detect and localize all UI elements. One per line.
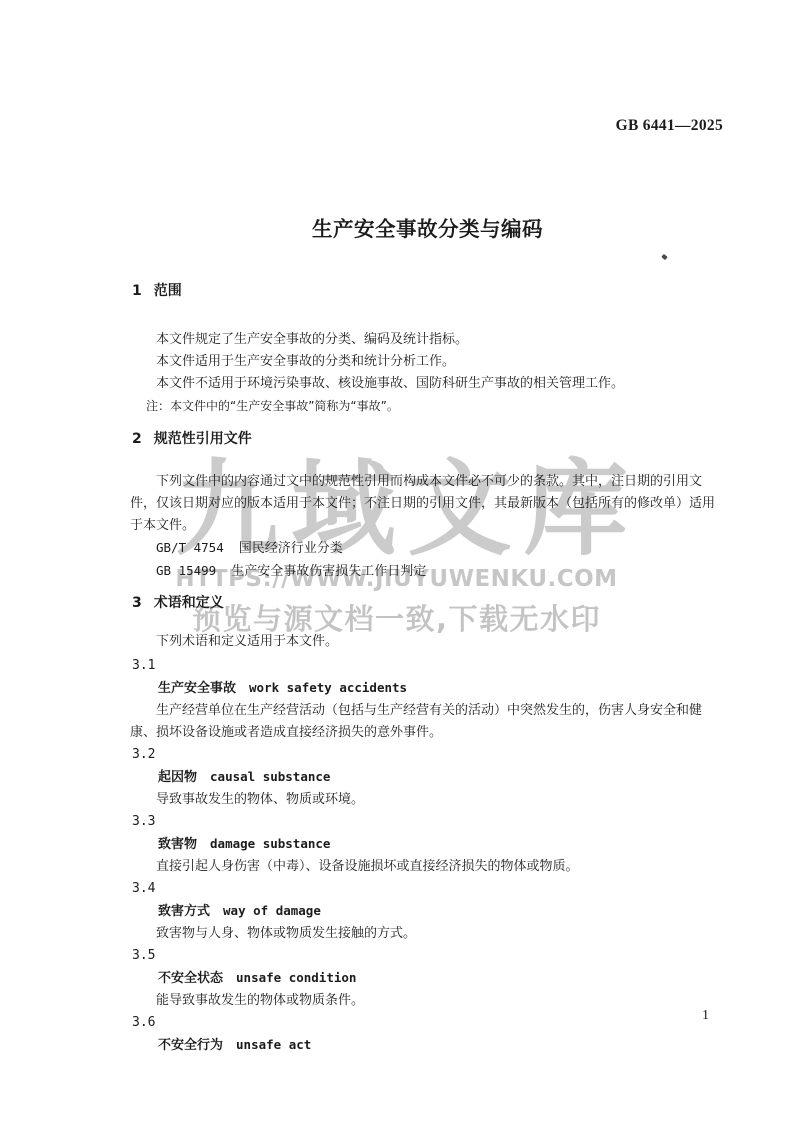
section-heading: 1范围 xyxy=(132,281,726,301)
section-number: 2 xyxy=(132,431,142,447)
term-id: 3.5 xyxy=(132,945,726,967)
term-entry: 3.2 起因物causal substance 导致事故发生的物体、物质或环境。 xyxy=(130,744,726,811)
term-id: 3.6 xyxy=(132,1012,726,1034)
reference-code: GB 15499 xyxy=(156,563,216,578)
term-en: unsafe condition xyxy=(236,970,356,985)
term-zh: 致害方式 xyxy=(158,904,210,919)
term-definition: 致害物与人身、物体或物质发生接触的方式。 xyxy=(130,923,726,945)
paragraph: 下列文件中的内容通过文中的规范性引用而构成本文件必不可少的条款。其中，注日期的引… xyxy=(130,471,726,537)
section-terms-definitions: 3术语和定义 下列术语和定义适用于本文件。 3.1 生产安全事故work saf… xyxy=(130,593,726,1057)
term-name: 起因物causal substance xyxy=(130,766,726,789)
page-number: 1 xyxy=(702,1008,709,1024)
section-normative-references: 2规范性引用文件 下列文件中的内容通过文中的规范性引用而构成本文件必不可少的条款… xyxy=(130,429,726,583)
terms-list: 3.1 生产安全事故work safety accidents 生产经营单位在生… xyxy=(130,655,726,1057)
term-en: unsafe act xyxy=(236,1037,311,1052)
term-name: 不安全行为unsafe act xyxy=(130,1034,726,1057)
term-id: 3.4 xyxy=(132,878,726,900)
document-page: 九域文库 HTTPS://WWW.JIUYUWENKU.COM 预览与源文档一致… xyxy=(0,0,793,1122)
reference-code: GB/T 4754 xyxy=(156,540,224,555)
term-id: 3.2 xyxy=(132,744,726,766)
term-entry: 3.5 不安全状态unsafe condition 能导致事故发生的物体或物质条… xyxy=(130,945,726,1012)
term-name: 不安全状态unsafe condition xyxy=(130,967,726,990)
ink-speck xyxy=(661,254,667,260)
term-zh: 生产安全事故 xyxy=(158,681,236,696)
term-definition: 导致事故发生的物体、物质或环境。 xyxy=(130,789,726,811)
doc-number: GB 6441—2025 xyxy=(616,117,723,135)
section-title: 规范性引用文件 xyxy=(154,431,252,447)
paragraph: 本文件不适用于环境污染事故、核设施事故、国防科研生产事故的相关管理工作。 xyxy=(130,373,726,395)
scope-note: 注：本文件中的“生产安全事故”简称为“事故”。 xyxy=(146,395,726,417)
section-heading: 3术语和定义 xyxy=(132,593,726,613)
term-entry: 3.6 不安全行为unsafe act xyxy=(130,1012,726,1057)
section-title: 术语和定义 xyxy=(154,595,224,611)
term-en: way of damage xyxy=(223,903,321,918)
paragraph: 本文件规定了生产安全事故的分类、编码及统计指标。 xyxy=(130,329,726,351)
section-title: 范围 xyxy=(154,283,182,299)
term-en: damage substance xyxy=(210,836,330,851)
reference-name: 国民经济行业分类 xyxy=(239,541,343,556)
term-definition: 直接引起人身伤害（中毒）、设备设施损坏或直接经济损失的物体或物质。 xyxy=(130,856,726,878)
doc-title: 生产安全事故分类与编码 xyxy=(62,212,793,242)
term-zh: 不安全行为 xyxy=(158,1038,223,1053)
reference-item: GB 15499生产安全事故伤害损失工作日判定 xyxy=(130,560,726,583)
term-name: 致害物damage substance xyxy=(130,833,726,856)
section-heading: 2规范性引用文件 xyxy=(132,429,726,449)
document-content: 1范围 本文件规定了生产安全事故的分类、编码及统计指标。 本文件适用于生产安全事… xyxy=(130,281,726,1057)
term-entry: 3.4 致害方式way of damage 致害物与人身、物体或物质发生接触的方… xyxy=(130,878,726,945)
paragraph: 本文件适用于生产安全事故的分类和统计分析工作。 xyxy=(130,351,726,373)
term-name: 生产安全事故work safety accidents xyxy=(130,677,726,700)
reference-name: 生产安全事故伤害损失工作日判定 xyxy=(231,564,426,579)
section-number: 1 xyxy=(132,283,142,299)
term-entry: 3.1 生产安全事故work safety accidents 生产经营单位在生… xyxy=(130,655,726,744)
term-en: work safety accidents xyxy=(249,680,407,695)
section-scope: 1范围 本文件规定了生产安全事故的分类、编码及统计指标。 本文件适用于生产安全事… xyxy=(130,281,726,417)
term-entry: 3.3 致害物damage substance 直接引起人身伤害（中毒）、设备设… xyxy=(130,811,726,878)
term-zh: 起因物 xyxy=(158,770,197,785)
term-name: 致害方式way of damage xyxy=(130,900,726,923)
term-id: 3.3 xyxy=(132,811,726,833)
term-zh: 不安全状态 xyxy=(158,971,223,986)
term-id: 3.1 xyxy=(132,655,726,677)
term-definition: 生产经营单位在生产经营活动（包括与生产经营有关的活动）中突然发生的，伤害人身安全… xyxy=(130,700,726,744)
term-definition: 能导致事故发生的物体或物质条件。 xyxy=(130,990,726,1012)
section-number: 3 xyxy=(132,595,142,611)
reference-item: GB/T 4754国民经济行业分类 xyxy=(130,537,726,560)
term-zh: 致害物 xyxy=(158,837,197,852)
terms-intro: 下列术语和定义适用于本文件。 xyxy=(130,631,726,653)
term-en: causal substance xyxy=(210,769,330,784)
